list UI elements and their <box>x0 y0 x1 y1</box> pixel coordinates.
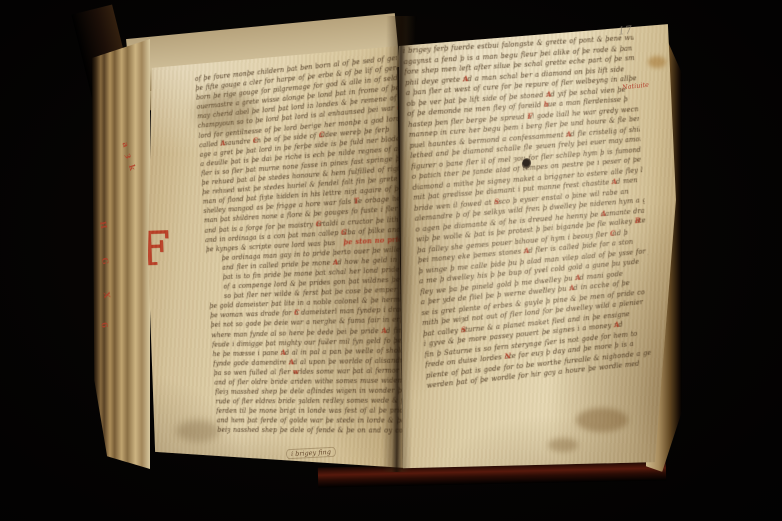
red-ink-text: S <box>494 197 500 208</box>
red-ink-text: S <box>461 325 467 336</box>
catchword-label: i brigey fing <box>286 447 336 460</box>
red-ink-text: A <box>569 283 575 294</box>
red-ink-text: A <box>289 357 295 367</box>
folio-number: 17 <box>617 23 632 37</box>
fore-edge-red-mark: 6 <box>99 321 110 328</box>
red-ink-text: B <box>635 216 641 227</box>
left-fore-edge-page-stack <box>92 39 150 475</box>
red-ink-text: N <box>504 351 511 362</box>
red-ink-text: T <box>354 197 360 207</box>
red-ink-text: A <box>614 320 620 331</box>
fore-edge-red-mark: H <box>98 220 109 229</box>
red-ink-text: w <box>293 367 299 377</box>
red-ink-text: G <box>315 219 321 229</box>
red-ink-text: C <box>253 136 259 146</box>
red-ink-text: A <box>463 74 469 85</box>
red-ink-text: A <box>575 272 581 283</box>
right-page: i brigey ferþ fuerde estbui falongste & … <box>392 12 680 478</box>
red-ink-text: C <box>294 308 300 318</box>
red-ink-text: A <box>524 246 530 257</box>
red-ink-text: G <box>341 227 347 237</box>
red-margin-annotation: Natiuite <box>622 81 650 92</box>
red-ink-text: C <box>319 130 325 140</box>
red-ink-text: C <box>610 228 616 239</box>
photograph-black-backdrop: of þe foure monþe childern þat ben born … <box>0 0 782 521</box>
red-ink-text: A <box>220 138 225 148</box>
book-gutter-shadow <box>382 16 417 472</box>
left-page: of þe foure monþe childern þat ben born … <box>138 36 410 478</box>
right-page-text-block: i brigey ferþ fuerde estbui falongste & … <box>402 33 656 397</box>
red-ink-text: F <box>527 111 533 122</box>
red-ink-text: A <box>333 257 339 267</box>
red-ink-text: A <box>281 348 287 358</box>
red-ink-text: A <box>566 129 572 140</box>
red-ink-text: A <box>546 89 552 100</box>
red-ink-text: h <box>544 100 550 111</box>
red-ink-text: A <box>611 177 617 188</box>
red-ink-text: A <box>601 209 607 220</box>
